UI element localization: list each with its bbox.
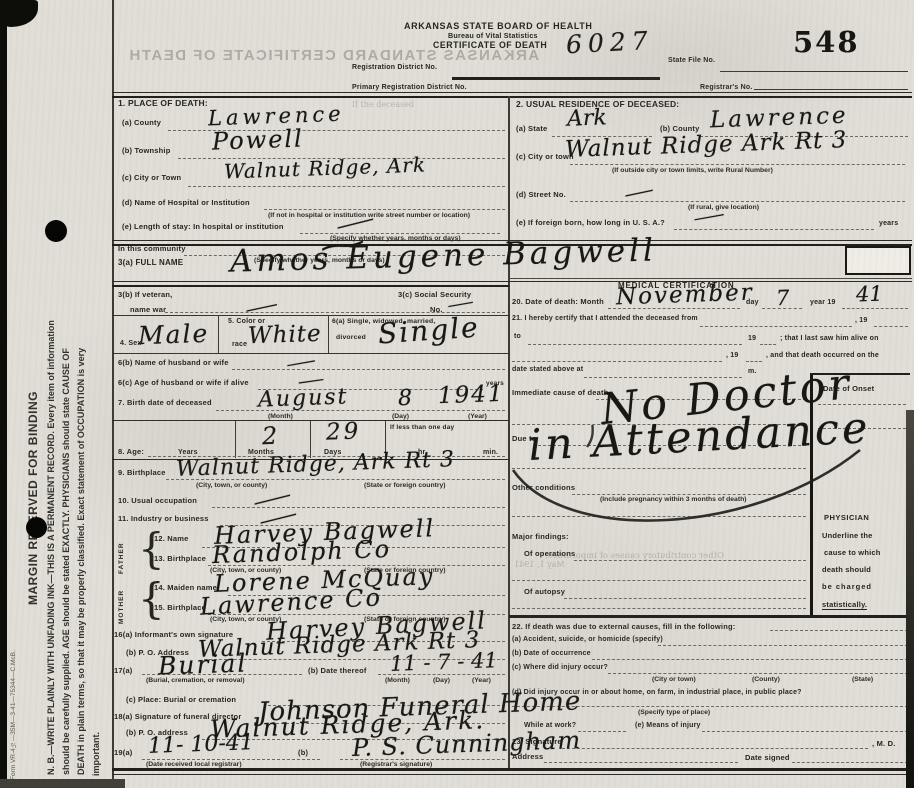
veteran-label2: name war <box>130 305 166 314</box>
margin-nb-line1: N. B.—WRITE PLAINLY WITH UNFADING INK—TH… <box>46 25 56 775</box>
birthplace-cap-city: (City, town, or county) <box>196 482 267 489</box>
hospital-label: (d) Name of Hospital or Institution <box>122 198 250 207</box>
rule <box>564 598 806 599</box>
certify-19a: , 19 <box>855 317 867 324</box>
foreign-born-years: years <box>879 220 898 227</box>
death-year-label: year 19 <box>810 299 836 306</box>
rule <box>760 344 776 345</box>
rule <box>509 615 912 618</box>
rule <box>528 344 742 345</box>
color-value: White <box>248 321 323 350</box>
injury-cap-city: (City or town) <box>652 676 696 683</box>
rule <box>702 731 908 732</box>
primary-district-label: Primary Registration District No. <box>352 84 467 91</box>
rule <box>608 673 908 674</box>
rule <box>452 77 660 80</box>
res-state-value: Ark <box>567 105 608 131</box>
certify-to: to <box>514 333 521 340</box>
marital-value: Single <box>377 310 481 350</box>
mother-side-label: MOTHER <box>118 580 125 624</box>
birthdate-label: 7. Birth date of deceased <box>118 398 212 407</box>
industry-label: 11. Industry or business <box>118 514 209 523</box>
punch-hole-bottom <box>26 517 47 538</box>
certify-line1: 21. I hereby certify that I attended the… <box>512 315 698 322</box>
header-board: ARKANSAS STATE BOARD OF HEALTH <box>404 21 593 31</box>
fullname-label: 3(a) FULL NAME <box>118 258 183 267</box>
rule <box>674 229 874 230</box>
disposition-value: Burial <box>158 648 248 680</box>
rule <box>754 89 908 90</box>
color-label2: race <box>232 341 247 348</box>
veteran-mark: — <box>242 293 280 322</box>
certify-line2b: ; that I last saw him alive on <box>780 335 879 342</box>
occurrence-date-label: (b) Date of occurrence <box>512 650 591 657</box>
age-min-label: min. <box>483 449 498 456</box>
scan-edge-right <box>906 410 914 788</box>
scan-edge-left <box>0 0 7 788</box>
disposition-date-label: (b) Date thereof <box>308 666 367 675</box>
mother-name-label: 14. Maiden name <box>154 583 217 592</box>
received-value: 11- 10-41 <box>148 730 255 759</box>
cell-divider <box>235 421 236 458</box>
father-bp-label: 13. Birthplace <box>154 554 206 563</box>
cell-divider <box>328 315 329 353</box>
death-certificate-scan: Form VR-4½—35M—3-41—75344—C.McB. MARGIN … <box>0 0 914 788</box>
rule <box>512 580 806 581</box>
rule <box>700 326 852 327</box>
age-years-label: Years <box>178 449 198 456</box>
marital-label2: divorced <box>336 334 366 341</box>
township-label: (b) Township <box>122 146 171 155</box>
scan-corner-top-left <box>0 0 38 27</box>
community-label: In this community <box>118 244 186 253</box>
rule <box>562 748 868 749</box>
death-day-value: 7 <box>776 286 790 310</box>
rule <box>770 630 908 631</box>
section1-title: 1. PLACE OF DEATH: <box>118 98 208 108</box>
father-side-label: FATHER <box>118 530 125 574</box>
underline-note-3: death should <box>822 565 871 574</box>
foreign-born-mark: — <box>691 203 727 229</box>
rule <box>264 209 505 210</box>
disp-cap-day: (Day) <box>433 677 450 684</box>
rule <box>658 645 908 646</box>
rule <box>570 201 905 202</box>
age-label: 8. Age: <box>118 447 144 456</box>
underline-note-4: be charged <box>822 582 872 591</box>
state-file-label: State File No. <box>668 57 715 64</box>
birthdate-cap-year: (Year) <box>468 413 487 420</box>
birthdate-year: 1941 <box>438 381 505 409</box>
sex-value: Male <box>138 319 210 350</box>
rule <box>112 281 912 282</box>
death-month-value: November <box>616 280 755 311</box>
rule <box>874 326 908 327</box>
res-street-label: (d) Street No. <box>516 190 566 199</box>
disposition-label: 17(a) <box>114 666 133 675</box>
township-value: Powell <box>212 124 305 155</box>
margin-nb-line3: DEATH in plain terms, so that it may be … <box>76 25 86 775</box>
father-brace: { <box>138 524 165 573</box>
received-caption: (Date received local registrar) <box>146 761 242 768</box>
rule <box>232 369 505 370</box>
husband-label: 6(b) Name of husband or wife <box>118 358 229 367</box>
margin-nb-line2: should be carefully supplied. AGE should… <box>61 25 71 775</box>
registrar-sig-label: (b) <box>298 748 308 757</box>
res-city-value: Walnut Ridge Ark Rt 3 <box>565 127 848 163</box>
state-file-value: 548 <box>793 25 860 59</box>
veteran-label: 3(b) If veteran, <box>118 290 172 299</box>
foreign-born-label: (e) If foreign born, how long in U. S. A… <box>516 218 665 227</box>
disp-cap-year: (Year) <box>472 677 491 684</box>
age-less-label: If less than one day <box>390 424 454 431</box>
registrar-sig-caption: (Registrar's signature) <box>360 761 432 768</box>
punch-hole-top <box>45 220 67 242</box>
birthplace-cap-state: (State or foreign country) <box>364 482 446 489</box>
res-state-label: (a) State <box>516 124 547 133</box>
birthplace-label: 9. Birthplace <box>118 468 166 477</box>
autopsy-label: Of autopsy <box>524 587 565 596</box>
form-left-border <box>112 0 114 782</box>
birthplace-value: Walnut Ridge, Ark Rt 3 <box>176 447 456 482</box>
rule <box>112 92 912 93</box>
rule <box>746 361 762 362</box>
underline-note-5: statistically. <box>822 600 867 610</box>
birthdate-day: 8 <box>398 386 413 411</box>
rule <box>570 164 905 165</box>
rule <box>578 731 626 732</box>
rule <box>112 768 912 771</box>
death-date-label: 20. Date of death: Month <box>512 297 604 306</box>
rule <box>512 608 806 609</box>
rule <box>188 186 505 187</box>
margin-nb-line4: important. <box>91 666 101 776</box>
age-days-value: 29 <box>326 418 362 445</box>
certify-19c: , 19 <box>726 352 738 359</box>
cell-divider <box>218 315 219 353</box>
means-injury-label: (e) Means of injury <box>635 722 701 729</box>
date-signed-label: Date signed <box>745 753 790 762</box>
mother-bp-label: 15. Birthplace <box>154 603 206 612</box>
rule <box>509 278 912 279</box>
registration-district-label: Registration District No. <box>352 64 437 71</box>
certify-line3b: , and that death occurred on the <box>766 352 879 359</box>
margin-form-number: Form VR-4½—35M—3-41—75344—C.McB. <box>10 420 17 780</box>
certify-19b: 19 <box>748 335 756 342</box>
injury-place-caption: (Specify type of place) <box>638 709 710 716</box>
rule <box>592 659 908 660</box>
injury-cap-state: (State) <box>852 676 873 683</box>
rule <box>112 285 509 287</box>
margin-binding-notice: MARGIN RESERVED FOR BINDING <box>26 185 40 605</box>
rule <box>842 308 908 309</box>
birthdate-cap-day: (Day) <box>392 413 409 420</box>
accident-label: (a) Accident, suicide, or homicide (spec… <box>512 636 663 643</box>
bleed-text: If the deceased <box>352 100 414 109</box>
father-name-label: 12. Name <box>154 534 189 543</box>
rule <box>512 361 722 362</box>
file-stamp-box <box>845 246 911 275</box>
disposition-date-value: 11 - 7 - 41 <box>390 648 498 676</box>
stay-label: (e) Length of stay: In hospital or insti… <box>122 222 284 231</box>
external-causes-label: 22. If death was due to external causes,… <box>512 622 735 631</box>
registration-district-value: 6027 <box>565 26 654 60</box>
age-months-value: 2 <box>262 422 278 451</box>
mother-brace: { <box>138 574 165 623</box>
cause-label: Immediate cause of death <box>512 388 609 397</box>
scan-edge-bottom-left <box>0 779 125 788</box>
birthdate-cap-month: (Month) <box>268 413 293 420</box>
header-bureau: Bureau of Vital Statistics <box>448 31 538 40</box>
birthdate-month: August <box>258 384 349 412</box>
rule <box>142 759 320 760</box>
md-label: , M. D. <box>872 739 895 748</box>
res-city-caption: (If outside city or town limits, write R… <box>612 167 773 174</box>
rule <box>544 762 738 763</box>
spouse-age-label: 6(c) Age of husband or wife if alive <box>118 378 249 387</box>
rule <box>112 96 912 98</box>
injury-cap-county: (County) <box>752 676 780 683</box>
rule <box>720 71 908 72</box>
handwriting-flourish <box>505 425 905 565</box>
certify-line4: date stated above at <box>512 366 583 373</box>
death-year-value: 41 <box>856 282 884 307</box>
disp-cap-month: (Month) <box>385 677 410 684</box>
city-label: (c) City or Town <box>122 173 181 182</box>
occupation-label: 10. Usual occupation <box>118 496 197 505</box>
injury-where-label: (c) Where did injury occur? <box>512 664 608 671</box>
rule <box>112 774 912 775</box>
received-label: 19(a) <box>114 748 133 757</box>
county-label: (a) County <box>122 118 161 127</box>
registrar-no-label: Registrar's No. <box>700 84 753 91</box>
burial-place-label: (c) Place: Burial or cremation <box>126 695 236 704</box>
rule <box>792 762 908 763</box>
header-title: CERTIFICATE OF DEATH <box>433 40 547 50</box>
